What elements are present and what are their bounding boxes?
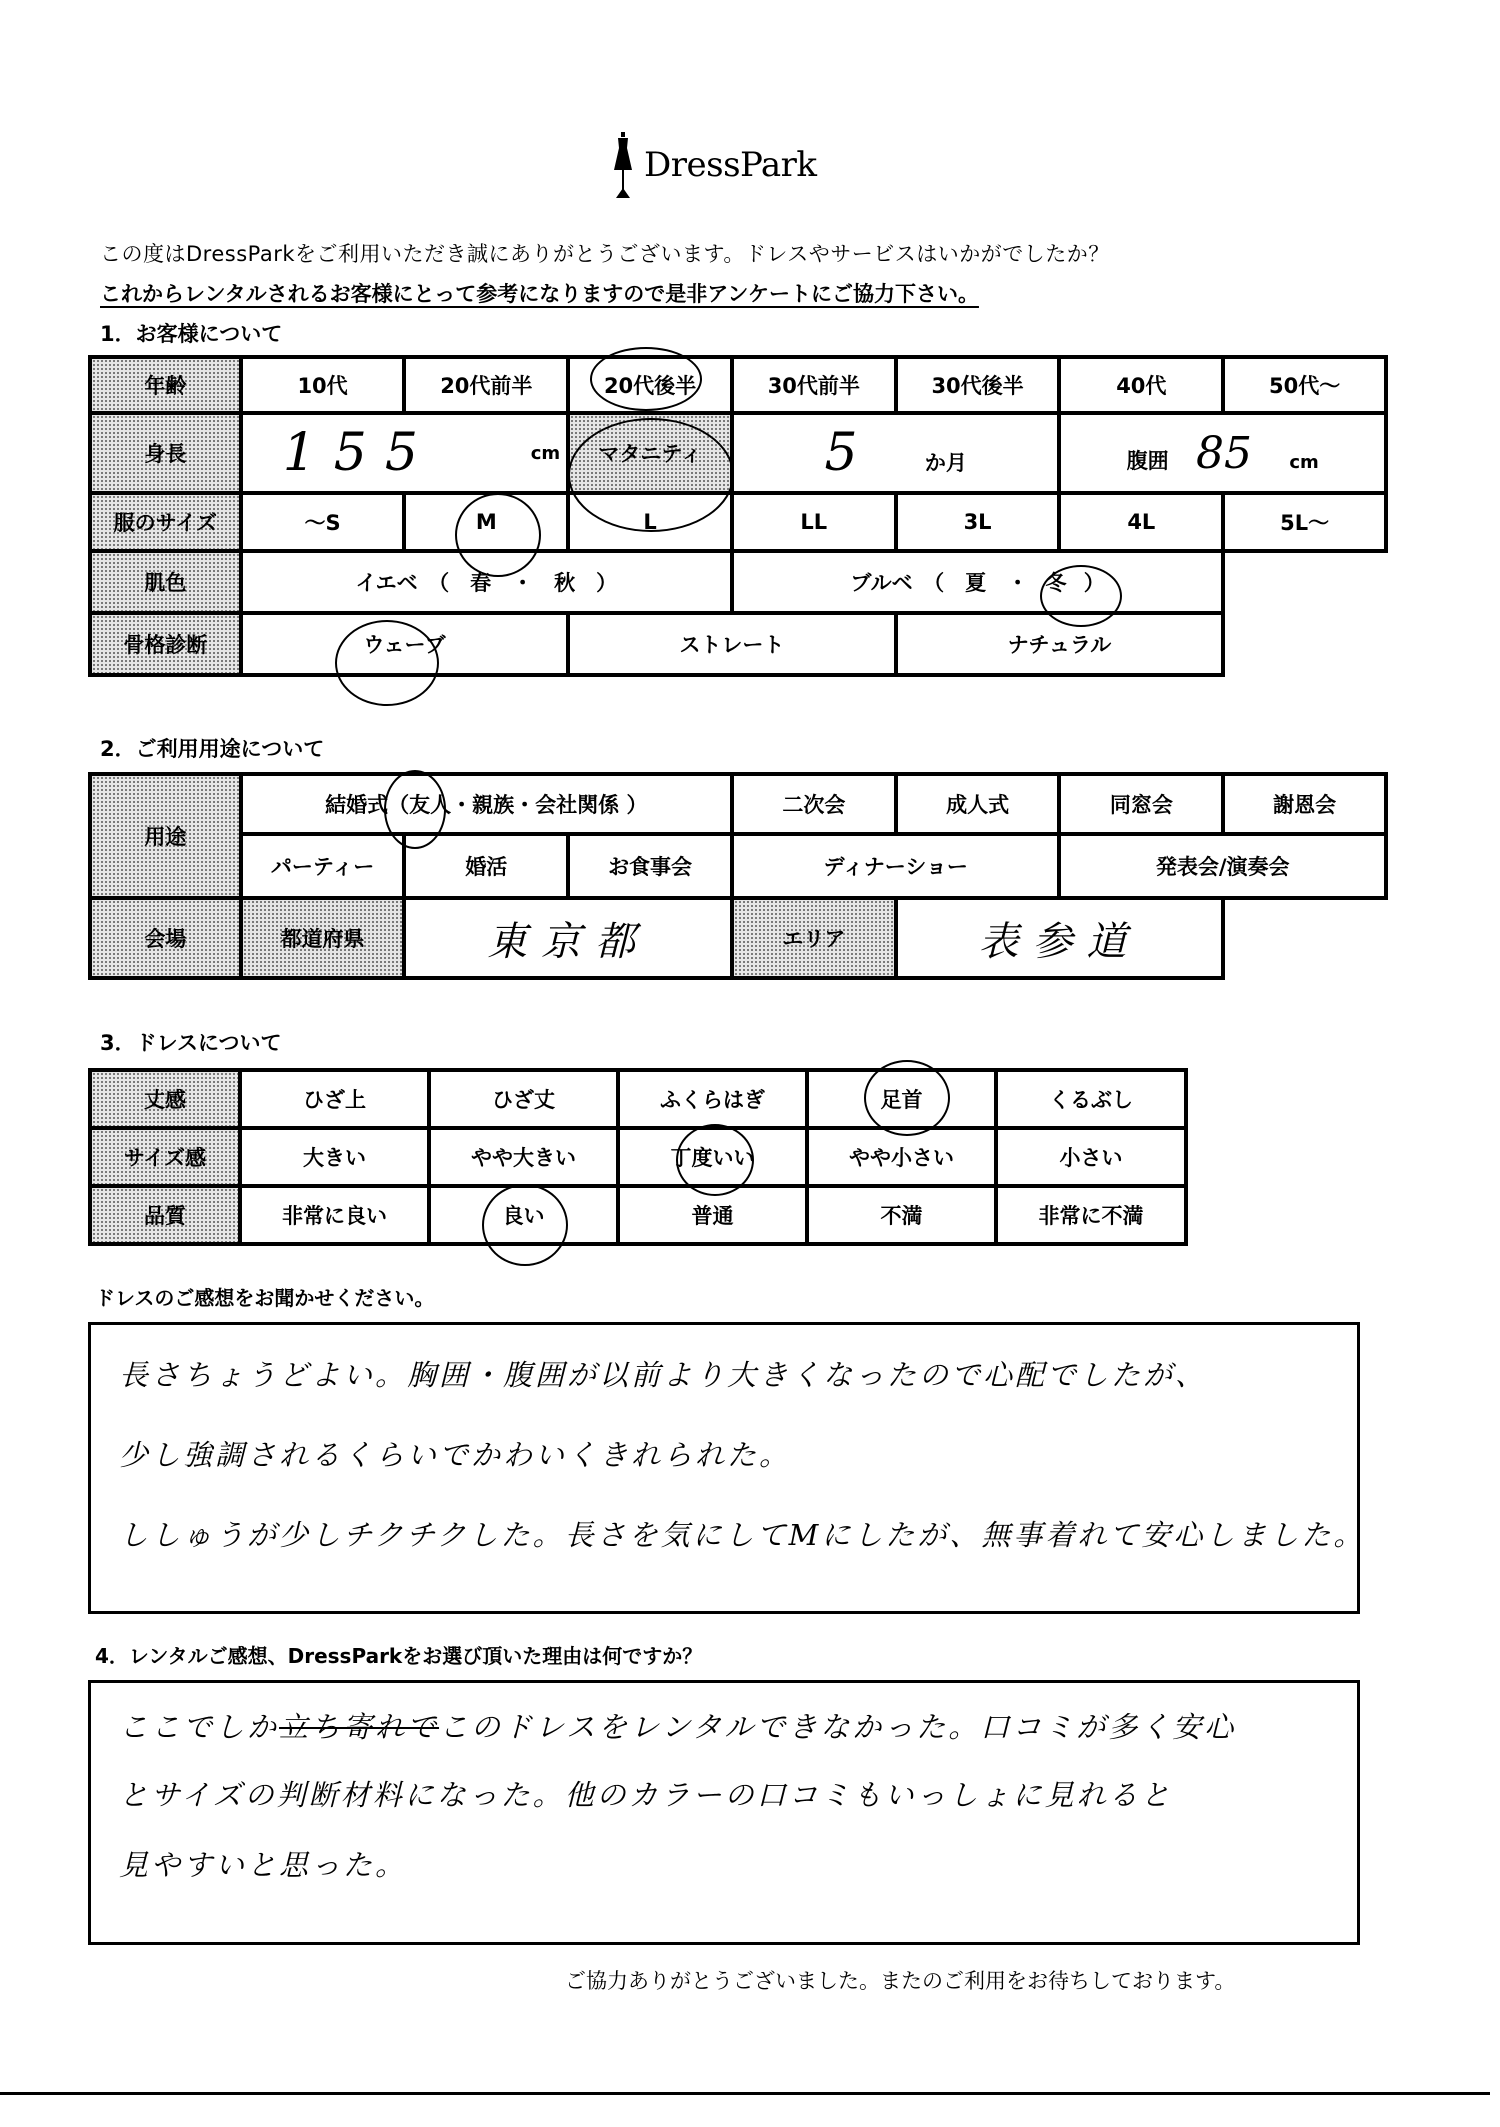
fit-option[interactable]: やや小さい [807,1128,996,1186]
dress-table: 丈感 ひざ上 ひざ丈 ふくらはぎ 足首 くるぶし サイズ感 大きい やや大きい … [88,1068,1188,1246]
empty-cell [1223,898,1386,978]
rental-comment-box[interactable]: ここでしか立ち寄れでこのドレスをレンタルできなかった。口コミが多く安心 とサイズ… [88,1680,1360,1945]
size-option-selected[interactable]: M [404,493,568,551]
skin-row: 肌色 イエベ （ 春 ・ 秋 ） ブルベ （ 夏 ・ 冬 ） [90,551,1386,613]
usage-option[interactable]: 二次会 [732,774,896,834]
length-option[interactable]: ひざ丈 [429,1070,618,1128]
age-row: 年齢 10代 20代前半 20代後半 30代前半 30代後半 40代 50代～ [90,357,1386,413]
skin-option-winter-selected[interactable]: 冬 [1045,571,1066,595]
prefecture-value: 東京都 [487,919,649,965]
fit-option-selected[interactable]: 丁度いい [618,1128,807,1186]
intro-text: この度はDressParkをご利用いただき誠にありがとうございます。ドレスやサー… [100,238,1110,268]
quality-row: 品質 非常に良い 良い 普通 不満 非常に不満 [90,1186,1186,1244]
rental-line1-suffix: このドレスをレンタルできなかった。口コミが多く安心 [439,1710,1236,1744]
usage-option[interactable]: 謝恩会 [1223,774,1386,834]
dress-comment-line: 長さちょうどよい。胸囲・腹囲が以前より大きくなったので心配でしたが、 [119,1353,1207,1394]
section3-title: 3．ドレスについて [100,1027,282,1057]
rental-comment-line: ここでしか立ち寄れでこのドレスをレンタルできなかった。口コミが多く安心 [119,1705,1236,1746]
usage-table: 用途 結婚式（友人・親族・会社関係 ） 二次会 成人式 同窓会 謝恩会 パーティ… [88,772,1388,980]
quality-option[interactable]: 普通 [618,1186,807,1244]
area-value: 表参道 [978,919,1140,965]
prefecture-field[interactable]: 東京都 [404,898,732,978]
wedding-prefix: 結婚式（ [325,793,409,817]
waist-label: 腹囲 [1127,449,1169,473]
usage-option[interactable]: 婚活 [404,834,568,898]
maternity-option-selected[interactable]: マタニティ [568,413,732,493]
usage-option[interactable]: パーティー [241,834,405,898]
age-label: 年齢 [90,357,241,413]
size-option[interactable]: 5L～ [1223,493,1386,551]
section4-title: 4．レンタルご感想、DressParkをお選び頂いた理由は何ですか？ [95,1640,702,1669]
usage-option[interactable]: お食事会 [568,834,732,898]
length-option-selected[interactable]: 足首 [807,1070,996,1128]
length-option[interactable]: ひざ上 [240,1070,429,1128]
age-option[interactable]: 10代 [241,357,405,413]
fit-option[interactable]: 小さい [996,1128,1186,1186]
size-option[interactable]: ～S [241,493,405,551]
skin-blue-prefix: ブルベ （ 夏 ・ [850,571,1028,595]
height-value: 155 [283,423,436,483]
fit-row: サイズ感 大きい やや大きい 丁度いい やや小さい 小さい [90,1128,1186,1186]
section2-title: 2．ご利用用途について [100,733,324,763]
length-option[interactable]: ふくらはぎ [618,1070,807,1128]
age-option[interactable]: 40代 [1059,357,1223,413]
skin-blue-suffix: ） [1084,571,1105,595]
dress-mannequin-icon [610,130,636,200]
dress-comment-line: 少し強調されるくらいでかわいくきれられた。 [119,1433,791,1474]
section1-title: 1．お客様について [100,318,282,348]
usage-wedding[interactable]: 結婚式（友人・親族・会社関係 ） [241,774,732,834]
length-label: 丈感 [90,1070,240,1128]
logo: DressPark [610,125,870,205]
skin-option-yellow[interactable]: イエベ （ 春 ・ 秋 ） [241,551,732,613]
fit-label: サイズ感 [90,1128,240,1186]
height-label: 身長 [90,413,241,493]
dress-comment-line: ししゅうが少しチクチクした。長さを気にしてMにしたが、無事着れて安心しました。 [119,1513,1365,1554]
size-label: 服のサイズ [90,493,241,551]
height-unit: cm [531,443,560,464]
prefecture-label: 都道府県 [241,898,405,978]
venue-row: 会場 都道府県 東京都 エリア 表参道 [90,898,1386,978]
skin-label: 肌色 [90,551,241,613]
customer-table: 年齢 10代 20代前半 20代後半 30代前半 30代後半 40代 50代～ … [88,355,1388,677]
quality-option[interactable]: 非常に不満 [996,1186,1186,1244]
size-option[interactable]: LL [732,493,896,551]
body-option-selected[interactable]: ウェーブ [241,613,569,675]
age-option[interactable]: 30代前半 [732,357,896,413]
maternity-months-unit: か月 [925,451,967,475]
usage-option[interactable]: 同窓会 [1059,774,1223,834]
height-row: 身長 155 cm マタニティ 5 か月 腹囲 85 cm [90,413,1386,493]
intro-request: これからレンタルされるお客様にとって参考になりますので是非アンケートにご協力下さ… [100,278,979,308]
area-field[interactable]: 表参道 [896,898,1224,978]
age-option-selected[interactable]: 20代後半 [568,357,732,413]
maternity-months-field[interactable]: 5 か月 [732,413,1060,493]
quality-option[interactable]: 非常に良い [240,1186,429,1244]
usage-option[interactable]: 成人式 [896,774,1060,834]
usage-option[interactable]: 発表会/演奏会 [1059,834,1386,898]
waist-value: 85 [1196,428,1252,479]
dress-comment-box[interactable]: 長さちょうどよい。胸囲・腹囲が以前より大きくなったので心配でしたが、 少し強調さ… [88,1322,1360,1614]
usage-option-friend-selected[interactable]: 友人 [409,793,451,817]
quality-label: 品質 [90,1186,240,1244]
rental-comment-line: 見やすいと思った。 [119,1843,407,1884]
waist-unit: cm [1289,452,1318,473]
quality-option[interactable]: 不満 [807,1186,996,1244]
skin-option-blue[interactable]: ブルベ （ 夏 ・ 冬 ） [732,551,1223,613]
usage-option[interactable]: ディナーショー [732,834,1060,898]
height-field[interactable]: 155 cm [241,413,569,493]
maternity-months-value: 5 [824,423,857,483]
rental-line1-struck: 立ち寄れで [279,1710,439,1744]
usage-row-2: パーティー 婚活 お食事会 ディナーショー 発表会/演奏会 [90,834,1386,898]
empty-cell [1223,613,1386,675]
age-option[interactable]: 50代～ [1223,357,1386,413]
body-type-row: 骨格診断 ウェーブ ストレート ナチュラル [90,613,1386,675]
rental-comment-line: とサイズの判断材料になった。他のカラーの口コミもいっしょに見れると [119,1773,1173,1814]
length-option[interactable]: くるぶし [996,1070,1186,1128]
size-option[interactable]: 4L [1059,493,1223,551]
wedding-suffix: ・親族・会社関係 ） [451,793,647,817]
rental-line1-prefix: ここでしか [119,1710,279,1744]
fit-option[interactable]: 大きい [240,1128,429,1186]
footer-thanks: ご協力ありがとうございました。またのご利用をお待ちしております。 [565,1965,1235,1995]
usage-label: 用途 [90,774,241,898]
body-type-label: 骨格診断 [90,613,241,675]
dress-comment-prompt: ドレスのご感想をお聞かせください。 [95,1282,434,1311]
age-option[interactable]: 30代後半 [896,357,1060,413]
length-row: 丈感 ひざ上 ひざ丈 ふくらはぎ 足首 くるぶし [90,1070,1186,1128]
body-option[interactable]: ストレート [568,613,896,675]
size-option[interactable]: L [568,493,732,551]
divider [0,2092,1490,2095]
fit-option[interactable]: やや大きい [429,1128,618,1186]
area-label: エリア [732,898,896,978]
logo-text: DressPark [644,145,817,185]
size-option[interactable]: 3L [896,493,1060,551]
quality-option-selected[interactable]: 良い [429,1186,618,1244]
size-row: 服のサイズ ～S M L LL 3L 4L 5L～ [90,493,1386,551]
usage-row-1: 用途 結婚式（友人・親族・会社関係 ） 二次会 成人式 同窓会 謝恩会 [90,774,1386,834]
waist-field[interactable]: 腹囲 85 cm [1059,413,1386,493]
age-option[interactable]: 20代前半 [404,357,568,413]
body-option[interactable]: ナチュラル [896,613,1224,675]
venue-label: 会場 [90,898,241,978]
empty-cell [1223,551,1386,613]
